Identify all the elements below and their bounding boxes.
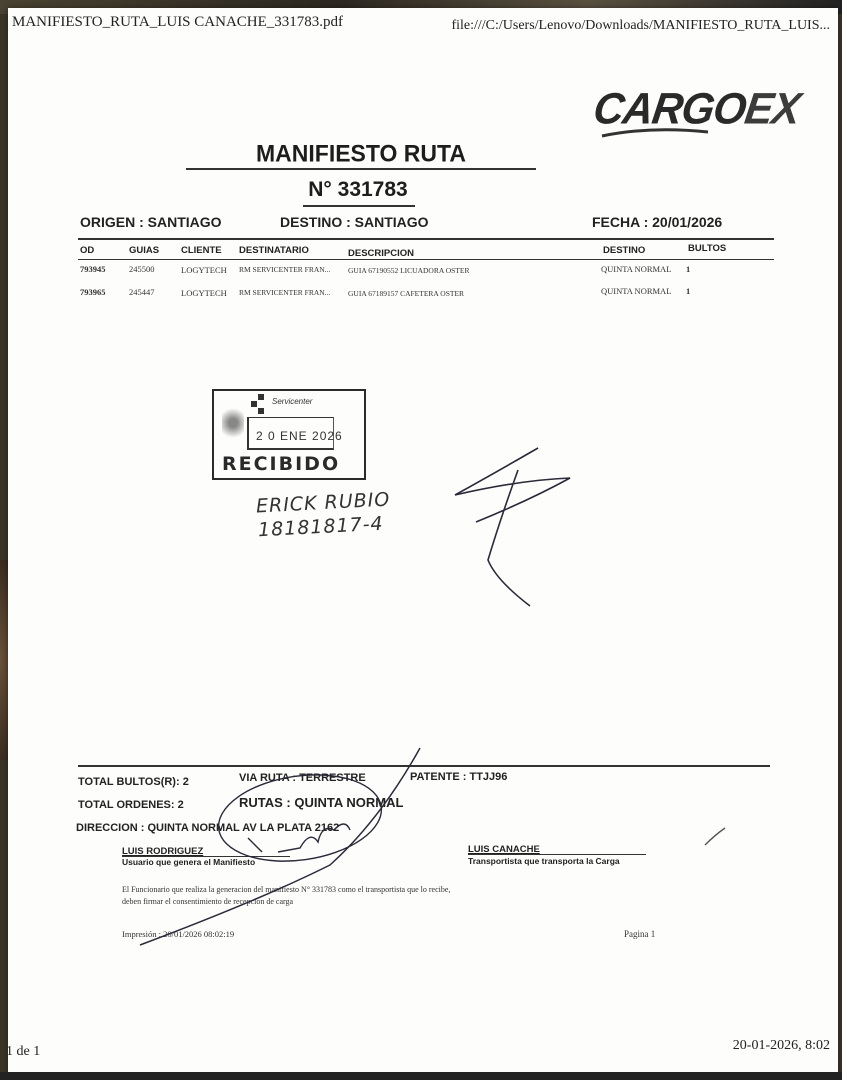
manifest-number: N° 331783 (298, 178, 418, 202)
footer-rule (78, 765, 770, 767)
legal-note-line2: deben firmar el consentimiento de recepc… (122, 896, 582, 908)
cell-descripcion: GUIA 67189157 CAFETERA OSTER (348, 289, 464, 298)
table-header-rule (78, 259, 774, 260)
col-header-descripcion: DESCRIPCION (348, 248, 414, 259)
cell-od: 793965 (80, 287, 106, 297)
legal-note-line1: El Funcionario que realiza la generacion… (122, 884, 582, 896)
servicenter-logo-icon (250, 393, 272, 415)
document-title: MANIFIESTO RUTA (186, 139, 536, 167)
file-title: MANIFIESTO_RUTA_LUIS CANACHE_331783.pdf (12, 14, 343, 31)
direccion: DIRECCION : QUINTA NORMAL AV LA PLATA 21… (76, 822, 339, 834)
rutas: RUTAS : QUINTA NORMAL (239, 795, 403, 810)
generator-role: Usuario que genera el Manifiesto (122, 857, 255, 867)
cargoex-logo: CARGOEX (594, 88, 774, 140)
carrier-sig-line (468, 854, 646, 855)
logo-swoosh-icon (600, 128, 710, 138)
page-count: 1 de 1 (6, 1044, 40, 1060)
legal-note: El Funcionario que realiza la generacion… (122, 884, 582, 908)
photo-background-bottom (0, 1072, 842, 1080)
title-underline (186, 168, 536, 170)
cell-guias: 245447 (129, 287, 155, 297)
cell-guias: 245500 (129, 264, 155, 274)
carrier-role: Transportista que transporta la Carga (468, 856, 620, 866)
col-header-bultos: BULTOS (688, 243, 726, 254)
browser-print-datetime: 20-01-2026, 8:02 (733, 1038, 830, 1054)
cell-od: 793945 (80, 264, 106, 274)
table-top-rule (78, 238, 774, 240)
col-header-guias: GUIAS (129, 245, 159, 256)
logo-text-ex: EX (742, 84, 803, 133)
cell-cliente: LOGYTECH (181, 265, 227, 275)
via-ruta: VIA RUTA : TERRESTRE (239, 772, 366, 784)
stamp-brand: Servicenter (272, 397, 312, 406)
col-header-cliente: CLIENTE (181, 245, 222, 256)
total-bultos: TOTAL BULTOS(R): 2 (78, 776, 189, 788)
file-url: file:///C:/Users/Lenovo/Downloads/MANIFI… (451, 18, 830, 34)
page-number: Pagina 1 (624, 929, 655, 939)
patente: PATENTE : TTJJ96 (410, 771, 507, 783)
col-header-destinatario: DESTINATARIO (239, 245, 309, 256)
print-timestamp: Impresión : 20/01/2026 08:02:19 (122, 929, 234, 939)
cell-destino: QUINTA NORMAL (601, 286, 671, 296)
cell-bultos: 1 (686, 286, 690, 296)
col-header-od: OD (80, 245, 94, 256)
cell-destinatario: RM SERVICENTER FRAN... (239, 265, 330, 274)
logo-text-cargo: CARGO (591, 84, 749, 133)
cell-bultos: 1 (686, 264, 690, 274)
col-header-destino: DESTINO (603, 245, 645, 256)
cell-destino: QUINTA NORMAL (601, 264, 671, 274)
crest-icon (222, 405, 244, 441)
received-stamp: Servicenter 2 0 ENE 2026 RECIBIDO (212, 389, 366, 480)
origin-field: ORIGEN : SANTIAGO (80, 214, 222, 230)
cell-destinatario: RM SERVICENTER FRAN... (239, 288, 330, 297)
number-underline (303, 205, 415, 207)
stamp-date: 2 0 ENE 2026 (256, 429, 343, 443)
stamp-label: RECIBIDO (222, 453, 340, 475)
date-field: FECHA : 20/01/2026 (592, 214, 722, 230)
destination-field: DESTINO : SANTIAGO (280, 214, 429, 230)
cell-descripcion: GUIA 67190552 LICUADORA OSTER (348, 266, 469, 275)
total-ordenes: TOTAL ORDENES: 2 (78, 799, 184, 811)
cell-cliente: LOGYTECH (181, 288, 227, 298)
